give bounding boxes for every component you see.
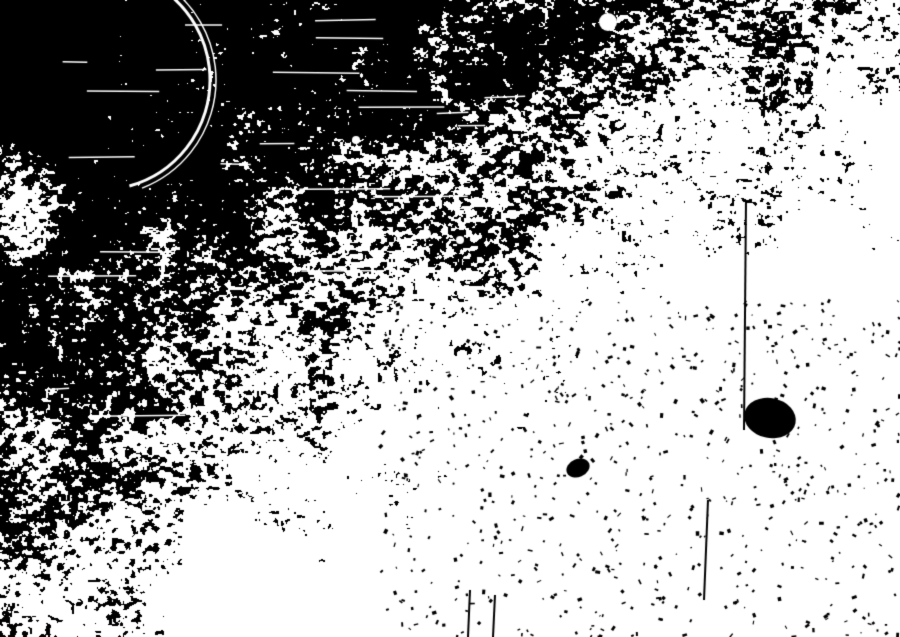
- grunge-texture: [0, 0, 900, 637]
- grunge-texture-canvas: [0, 0, 900, 637]
